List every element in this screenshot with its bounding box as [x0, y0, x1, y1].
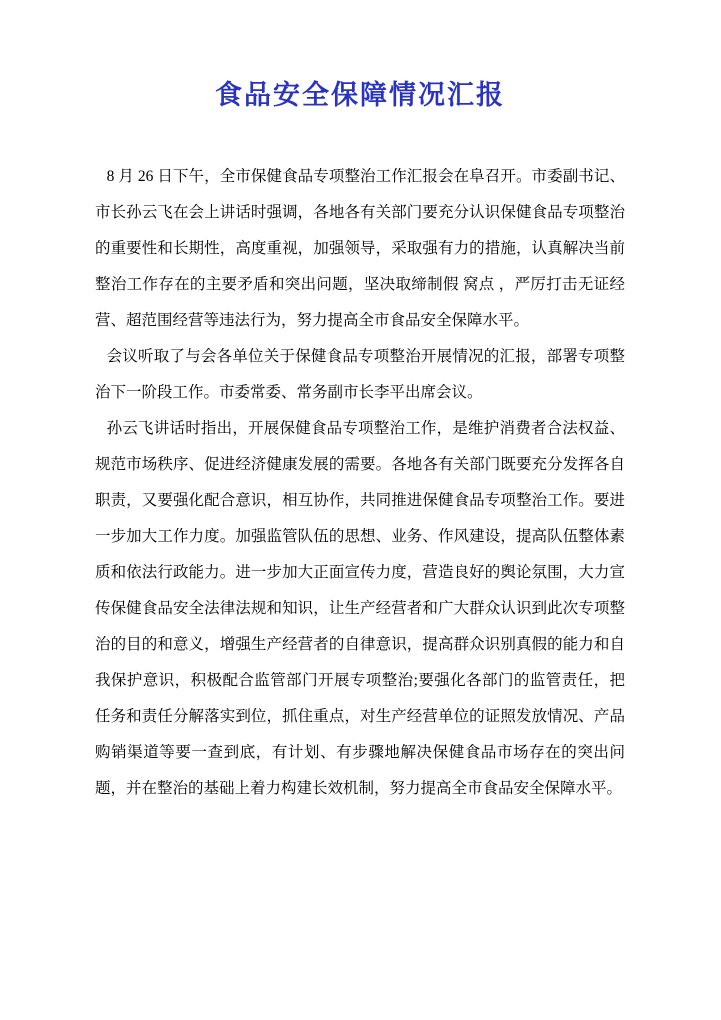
paragraph-2: 会议听取了与会各单位关于保健食品专项整治开展情况的汇报，部署专项整治下一阶段工作… — [95, 339, 625, 411]
paragraph-1: 8 月 26 日下午，全市保健食品专项整治工作汇报会在阜召开。市委副书记、市长孙… — [95, 159, 625, 339]
document-page: 食品安全保障情况汇报 8 月 26 日下午，全市保健食品专项整治工作汇报会在阜召… — [0, 0, 721, 1020]
paragraph-3: 孙云飞讲话时指出，开展保健食品专项整治工作，是维护消费者合法权益、规范市场秩序、… — [95, 411, 625, 807]
document-title: 食品安全保障情况汇报 — [95, 78, 625, 113]
